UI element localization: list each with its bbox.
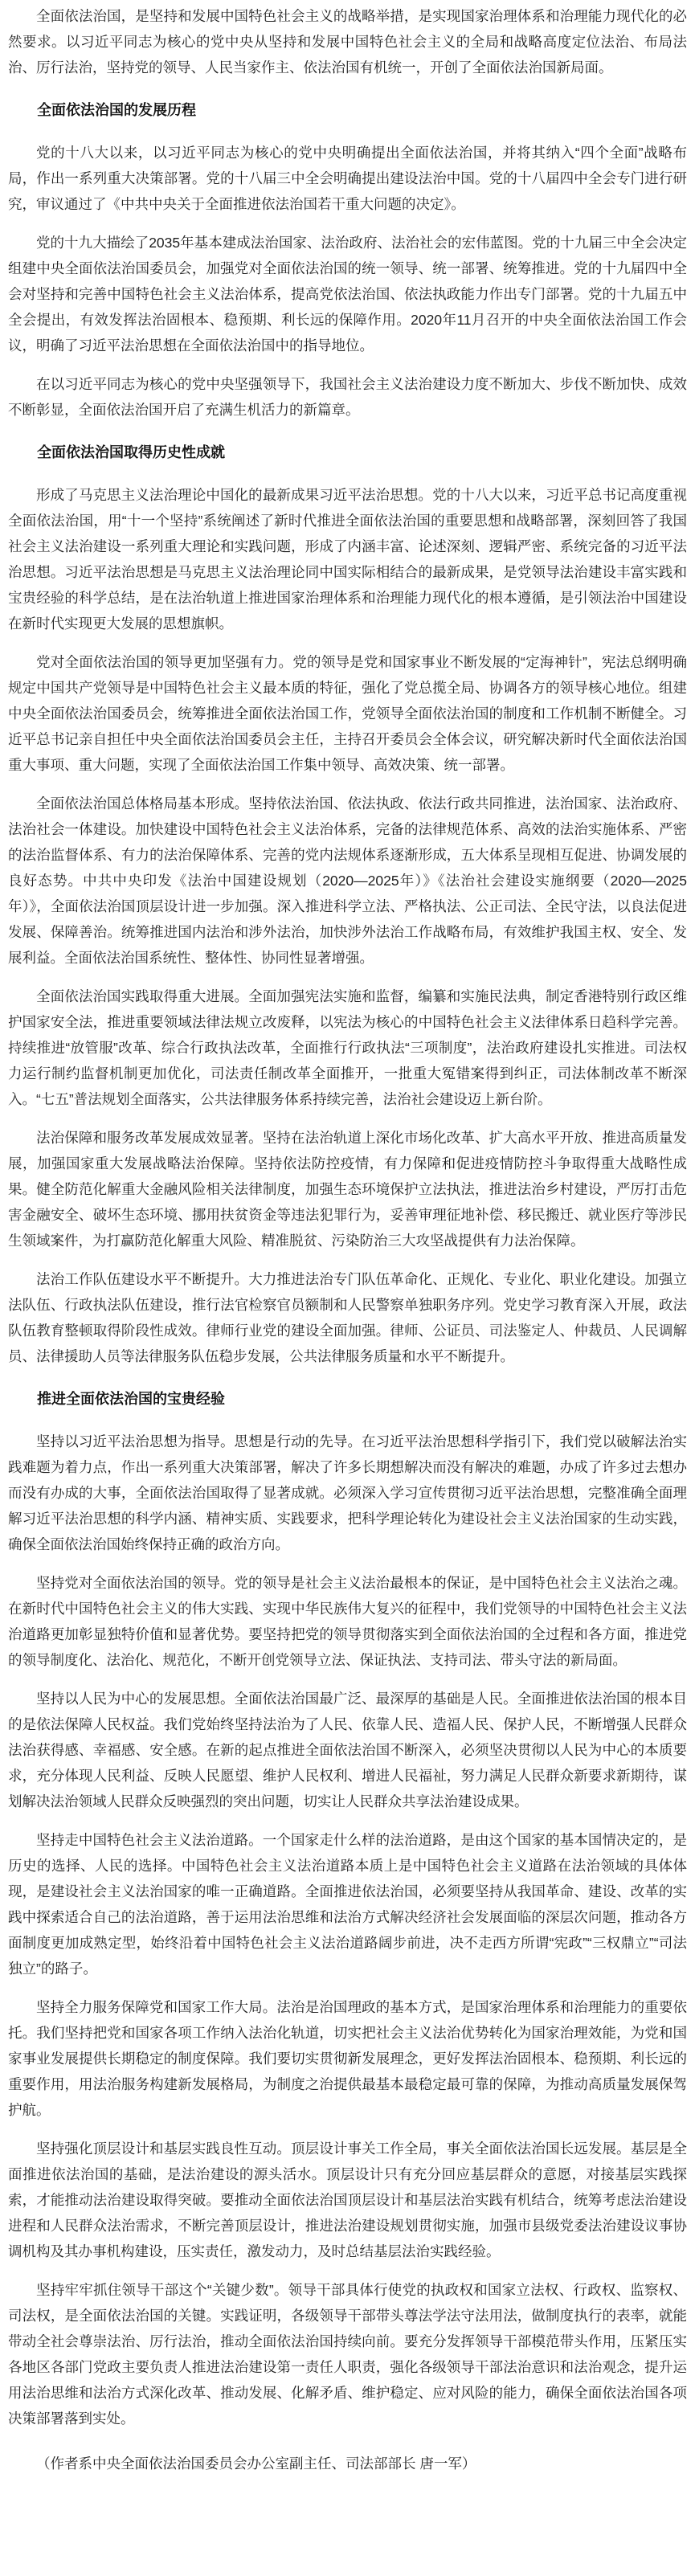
article-body: 全面依法治国，是坚持和发展中国特色社会主义的战略举措，是实现国家治理体系和治理能… [8,3,687,2476]
paragraph: 坚持强化顶层设计和基层实践良性互动。顶层设计事关工作全局，事关全面依法治国长远发… [8,2136,687,2264]
paragraph: 坚持走中国特色社会主义法治道路。一个国家走什么样的法治道路，是由这个国家的基本国… [8,1827,687,1981]
paragraph: 全面依法治国总体格局基本形成。坚持依法治国、依法执政、依法行政共同推进，法治国家… [8,791,687,971]
paragraph: 党的十八大以来，以习近平同志为核心的党中央明确提出全面依法治国，并将其纳入“四个… [8,140,687,217]
paragraph: 坚持以人民为中心的发展思想。全面依法治国最广泛、最深厚的基础是人民。全面推进依法… [8,1686,687,1814]
paragraph: 形成了马克思主义法治理论中国化的最新成果习近平法治思想。党的十八大以来，习近平总… [8,482,687,636]
paragraph: 坚持以习近平法治思想为指导。思想是行动的先导。在习近平法治思想科学指引下，我们党… [8,1429,687,1557]
paragraph: 在以习近平同志为核心的党中央坚强领导下，我国社会主义法治建设力度不断加大、步伐不… [8,371,687,423]
section-heading: 推进全面依法治国的宝贵经验 [8,1386,687,1412]
section-heading: 全面依法治国的发展历程 [8,97,687,123]
paragraph: 坚持牢牢抓住领导干部这个“关键少数”。领导干部具体行使党的执政权和国家立法权、行… [8,2277,687,2431]
paragraph: 全面依法治国，是坚持和发展中国特色社会主义的战略举措，是实现国家治理体系和治理能… [8,3,687,80]
section-heading: 全面依法治国取得历史性成就 [8,440,687,465]
paragraph: 坚持党对全面依法治国的领导。党的领导是社会主义法治最根本的保证，是中国特色社会主… [8,1570,687,1673]
paragraph: 党对全面依法治国的领导更加坚强有力。党的领导是党和国家事业不断发展的“定海神针”… [8,649,687,778]
paragraph: 坚持全力服务保障党和国家工作大局。法治是治国理政的基本方式，是国家治理体系和治理… [8,1994,687,2123]
author-line: （作者系中央全面依法治国委员会办公室副主任、司法部部长 唐一军） [8,2451,687,2476]
paragraph: 法治保障和服务改革发展成效显著。坚持在法治轨道上深化市场化改革、扩大高水平开放、… [8,1125,687,1253]
paragraph: 法治工作队伍建设水平不断提升。大力推进法治专门队伍革命化、正规化、专业化、职业化… [8,1266,687,1369]
paragraph: 全面依法治国实践取得重大进展。全面加强宪法实施和监督，编纂和实施民法典，制定香港… [8,983,687,1112]
paragraph: 党的十九大描绘了2035年基本建成法治国家、法治政府、法治社会的宏伟蓝图。党的十… [8,230,687,358]
